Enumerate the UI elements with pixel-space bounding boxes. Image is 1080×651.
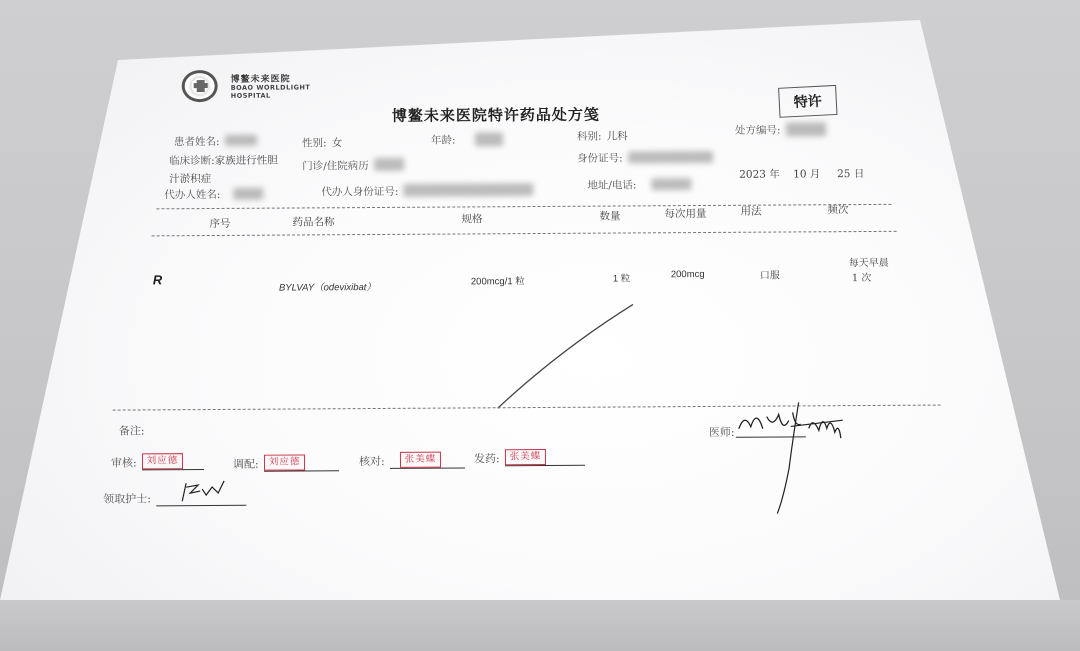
- notes-label: 备注:: [119, 422, 145, 438]
- check-line: 张美蝶: [390, 446, 465, 468]
- dispense-prep-field: 调配: 刘应德: [233, 449, 339, 472]
- check-stamp: 张美蝶: [400, 452, 442, 468]
- cancellation-stroke: [0, 0, 1080, 651]
- dispense-prep-line: 刘应德: [264, 449, 339, 471]
- nurse-signature: [176, 479, 246, 504]
- review-stamp: 刘应德: [142, 453, 184, 469]
- check-label: 核对:: [359, 455, 385, 468]
- review-label: 审核:: [111, 456, 137, 469]
- issue-label: 发药:: [474, 452, 500, 465]
- dispense-prep-stamp: 刘应德: [264, 454, 306, 470]
- review-line: 刘应德: [142, 448, 204, 470]
- issue-stamp: 张美蝶: [505, 449, 547, 465]
- review-field: 审核: 刘应德: [111, 448, 204, 471]
- doctor-signature: [731, 398, 862, 519]
- dispense-prep-label: 调配:: [233, 458, 259, 471]
- prescription-content: 博鳌未来医院 BOAO WORLDLIGHT HOSPITAL 博鳌未来医院特许…: [0, 0, 1080, 651]
- check-field: 核对: 张美蝶: [359, 446, 465, 469]
- issue-line: 张美蝶: [505, 444, 585, 466]
- issue-field: 发药: 张美蝶: [474, 444, 585, 467]
- nurse-label: 领取护士:: [103, 492, 151, 505]
